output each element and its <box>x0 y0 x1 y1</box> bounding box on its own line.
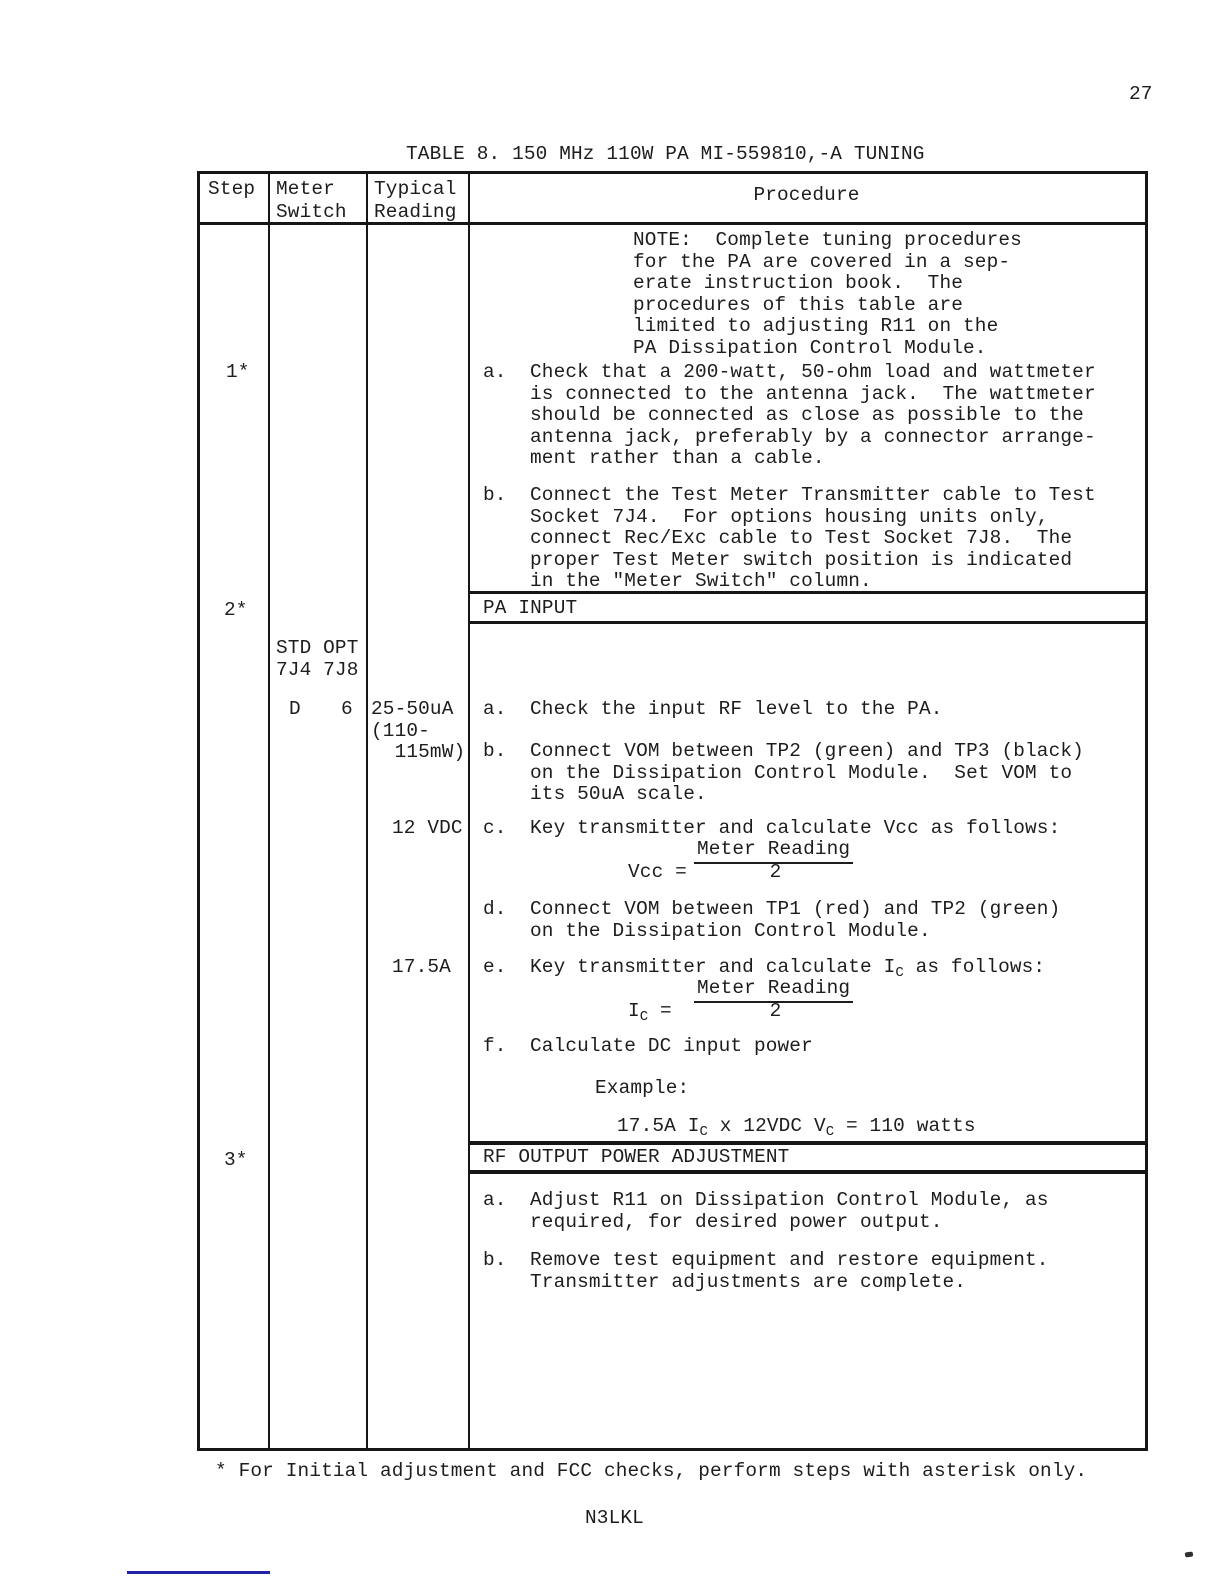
item-2d-letter: d. <box>483 899 507 921</box>
ic-subscript: C <box>640 1009 648 1025</box>
column-header-procedure: Procedure <box>468 184 1145 207</box>
typical-reading-1: 25-50uA (110- 115mW) <box>371 699 465 764</box>
example-label: Example: <box>595 1078 689 1100</box>
example-part3: = 110 watts <box>834 1115 975 1137</box>
item-2a-text: Check the input RF level to the PA. <box>530 699 943 721</box>
column-header-typical-reading: Typical Reading <box>374 178 457 224</box>
formula-ic-numerator: Meter Reading <box>694 978 853 1003</box>
formula-ic-lhs: IC = <box>628 1001 672 1029</box>
table-title: TABLE 8. 150 MHz 110W PA MI-559810,-A TU… <box>406 144 925 166</box>
column-divider-typical <box>468 174 470 1448</box>
item-2b-letter: b. <box>483 741 507 763</box>
meter-switch-six-value: 6 <box>341 699 353 721</box>
vc-subscript: C <box>826 1124 834 1140</box>
pa-input-band-label: PA INPUT <box>483 598 577 620</box>
typical-reading-3: 17.5A <box>392 957 451 979</box>
rf-output-band-label: RF OUTPUT POWER ADJUSTMENT <box>483 1147 789 1169</box>
formula-vcc-denominator: 2 <box>700 862 851 884</box>
example-part1: 17.5A I <box>617 1115 700 1137</box>
item-2f-text: Calculate DC input power <box>530 1036 813 1058</box>
formula-ic-denominator: 2 <box>700 1001 851 1023</box>
item-2a-letter: a. <box>483 699 507 721</box>
example-calculation: 17.5A IC x 12VDC VC = 110 watts <box>617 1116 976 1144</box>
item-2f-letter: f. <box>483 1036 507 1058</box>
ic-subscript: C <box>895 965 903 981</box>
formula-ic-lhs-post: = <box>648 1000 672 1022</box>
meter-switch-d-value: D <box>289 699 301 721</box>
document-page: 27 TABLE 8. 150 MHz 110W PA MI-559810,-A… <box>0 0 1224 1584</box>
ic-subscript: C <box>700 1124 708 1140</box>
column-header-meter-switch: Meter Switch <box>276 178 347 224</box>
item-3a-text: Adjust R11 on Dissipation Control Module… <box>530 1190 1049 1233</box>
column-header-step: Step <box>208 178 255 201</box>
item-1b-letter: b. <box>483 485 507 507</box>
pa-input-band-top-rule <box>468 591 1145 594</box>
rf-output-band-top-rule <box>468 1141 1145 1145</box>
column-divider-meter <box>366 174 368 1448</box>
item-2e-post: as follows: <box>904 956 1045 978</box>
page-number: 27 <box>1129 84 1153 106</box>
footer-code: N3LKL <box>585 1508 644 1530</box>
example-part2: x 12VDC V <box>708 1115 826 1137</box>
formula-ic-lhs-pre: I <box>628 1000 640 1022</box>
column-divider-step <box>268 174 270 1448</box>
rf-output-band-bottom-rule <box>468 1170 1145 1174</box>
item-1a-text: Check that a 200-watt, 50-ohm load and w… <box>530 362 1096 470</box>
meter-switch-std-opt: STD OPT 7J4 7J8 <box>276 638 359 681</box>
blue-underline-mark <box>127 1571 270 1574</box>
item-2e-pre: Key transmitter and calculate I <box>530 956 895 978</box>
asterisk-footnote: * For Initial adjustment and FCC checks,… <box>215 1461 1087 1483</box>
item-2b-text: Connect VOM between TP2 (green) and TP3 … <box>530 741 1084 806</box>
step-number-1: 1* <box>226 362 250 384</box>
step-number-2: 2* <box>224 600 248 622</box>
formula-vcc-numerator: Meter Reading <box>694 839 853 864</box>
scan-speck <box>1185 1551 1194 1557</box>
formula-vcc-lhs: Vcc = <box>628 862 687 884</box>
step-number-3: 3* <box>224 1150 248 1172</box>
item-3b-letter: b. <box>483 1250 507 1272</box>
item-3a-letter: a. <box>483 1190 507 1212</box>
item-2c-text: Key transmitter and calculate Vcc as fol… <box>530 818 1060 840</box>
item-1b-text: Connect the Test Meter Transmitter cable… <box>530 485 1096 593</box>
item-1a-letter: a. <box>483 362 507 384</box>
typical-reading-2: 12 VDC <box>392 818 463 840</box>
item-3b-text: Remove test equipment and restore equipm… <box>530 1250 1049 1293</box>
item-2c-letter: c. <box>483 818 507 840</box>
item-2e-letter: e. <box>483 957 507 979</box>
pa-input-band-bottom-rule <box>468 621 1145 624</box>
item-2d-text: Connect VOM between TP1 (red) and TP2 (g… <box>530 899 1060 942</box>
note-text: NOTE: Complete tuning procedures for the… <box>633 230 1022 359</box>
